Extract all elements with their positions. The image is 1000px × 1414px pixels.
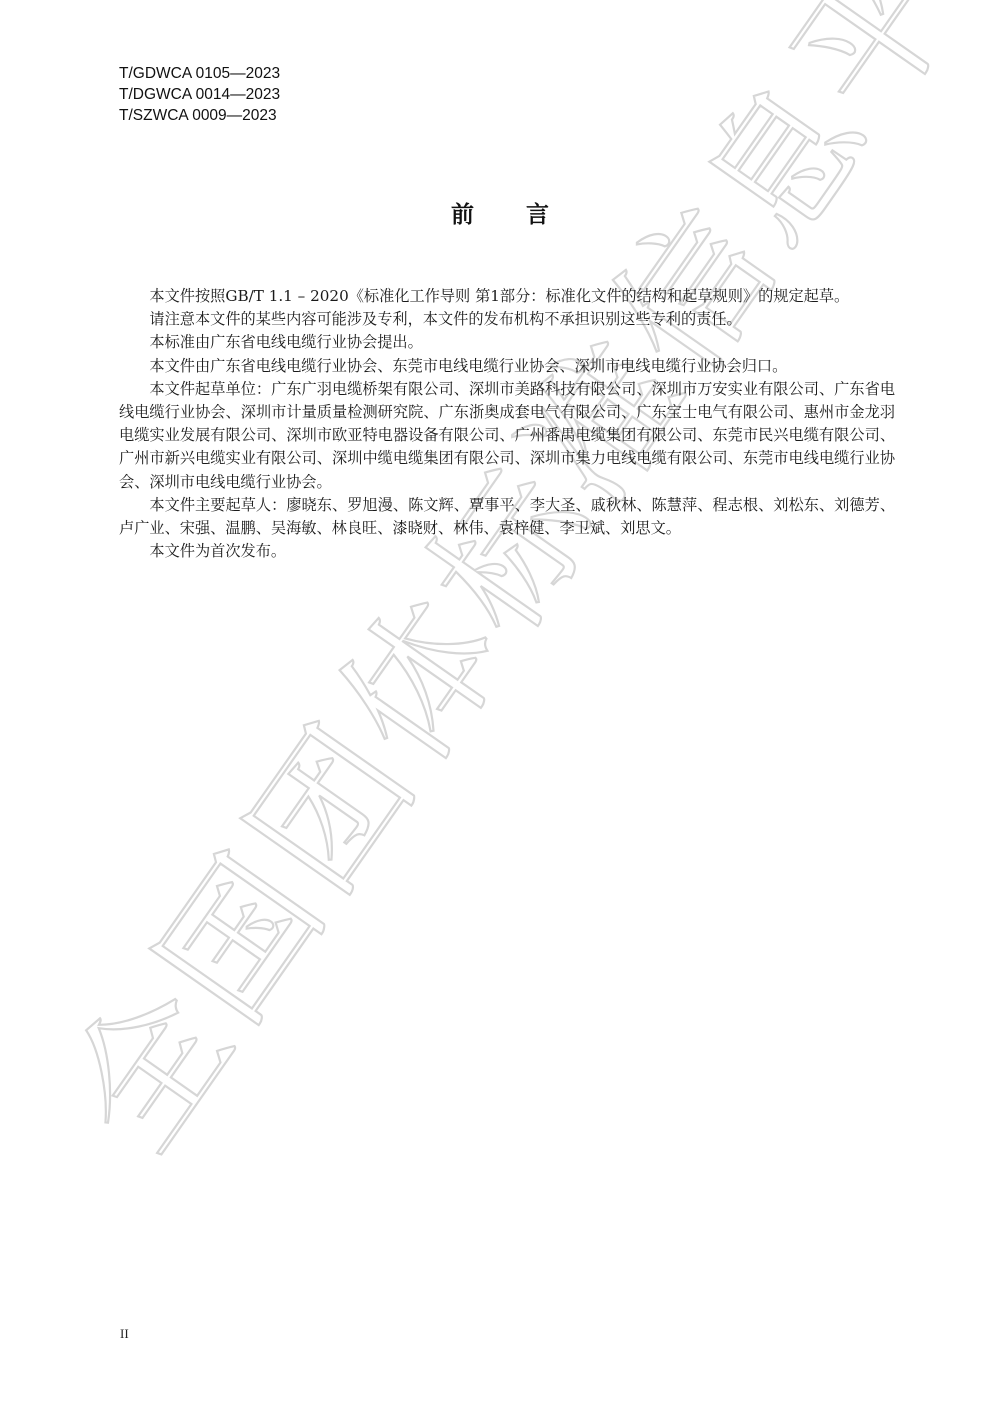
title-char: 前 xyxy=(451,196,474,229)
document-page: 全国团体标准信息平台 T/GDWCA 0105—2023 T/DGWCA 001… xyxy=(0,0,1000,1414)
title-char: 言 xyxy=(526,196,549,229)
paragraph-drafting-basis: 本文件按照GB/T 1.1 – 2020《标准化工作导则 第1部分：标准化文件的… xyxy=(119,285,895,308)
watermark-text: 全国团体标准信息平台 xyxy=(37,0,1000,1181)
standard-code: T/DGWCA 0014—2023 xyxy=(119,84,280,105)
standard-codes: T/GDWCA 0105—2023 T/DGWCA 0014—2023 T/SZ… xyxy=(119,63,280,126)
standard-code: T/SZWCA 0009—2023 xyxy=(119,105,280,126)
standard-code: T/GDWCA 0105—2023 xyxy=(119,63,280,84)
paragraph-first-release: 本文件为首次发布。 xyxy=(119,540,895,563)
paragraph-proposer: 本标准由广东省电线电缆行业协会提出。 xyxy=(119,331,895,354)
paragraph-drafters: 本文件主要起草人：廖晓东、罗旭漫、陈文辉、覃事平、李大圣、戚秋林、陈慧萍、程志根… xyxy=(119,494,895,540)
page-number: II xyxy=(120,1326,129,1342)
paragraph-patent-notice: 请注意本文件的某些内容可能涉及专利，本文件的发布机构不承担识别这些专利的责任。 xyxy=(119,308,895,331)
paragraph-responsible-body: 本文件由广东省电线电缆行业协会、东莞市电线电缆行业协会、深圳市电线电缆行业协会归… xyxy=(119,355,895,378)
paragraph-drafting-organizations: 本文件起草单位：广东广羽电缆桥架有限公司、深圳市美路科技有限公司、深圳市万安实业… xyxy=(119,378,895,494)
page-title: 前言 xyxy=(0,196,1000,229)
foreword-body: 本文件按照GB/T 1.1 – 2020《标准化工作导则 第1部分：标准化文件的… xyxy=(119,285,895,563)
